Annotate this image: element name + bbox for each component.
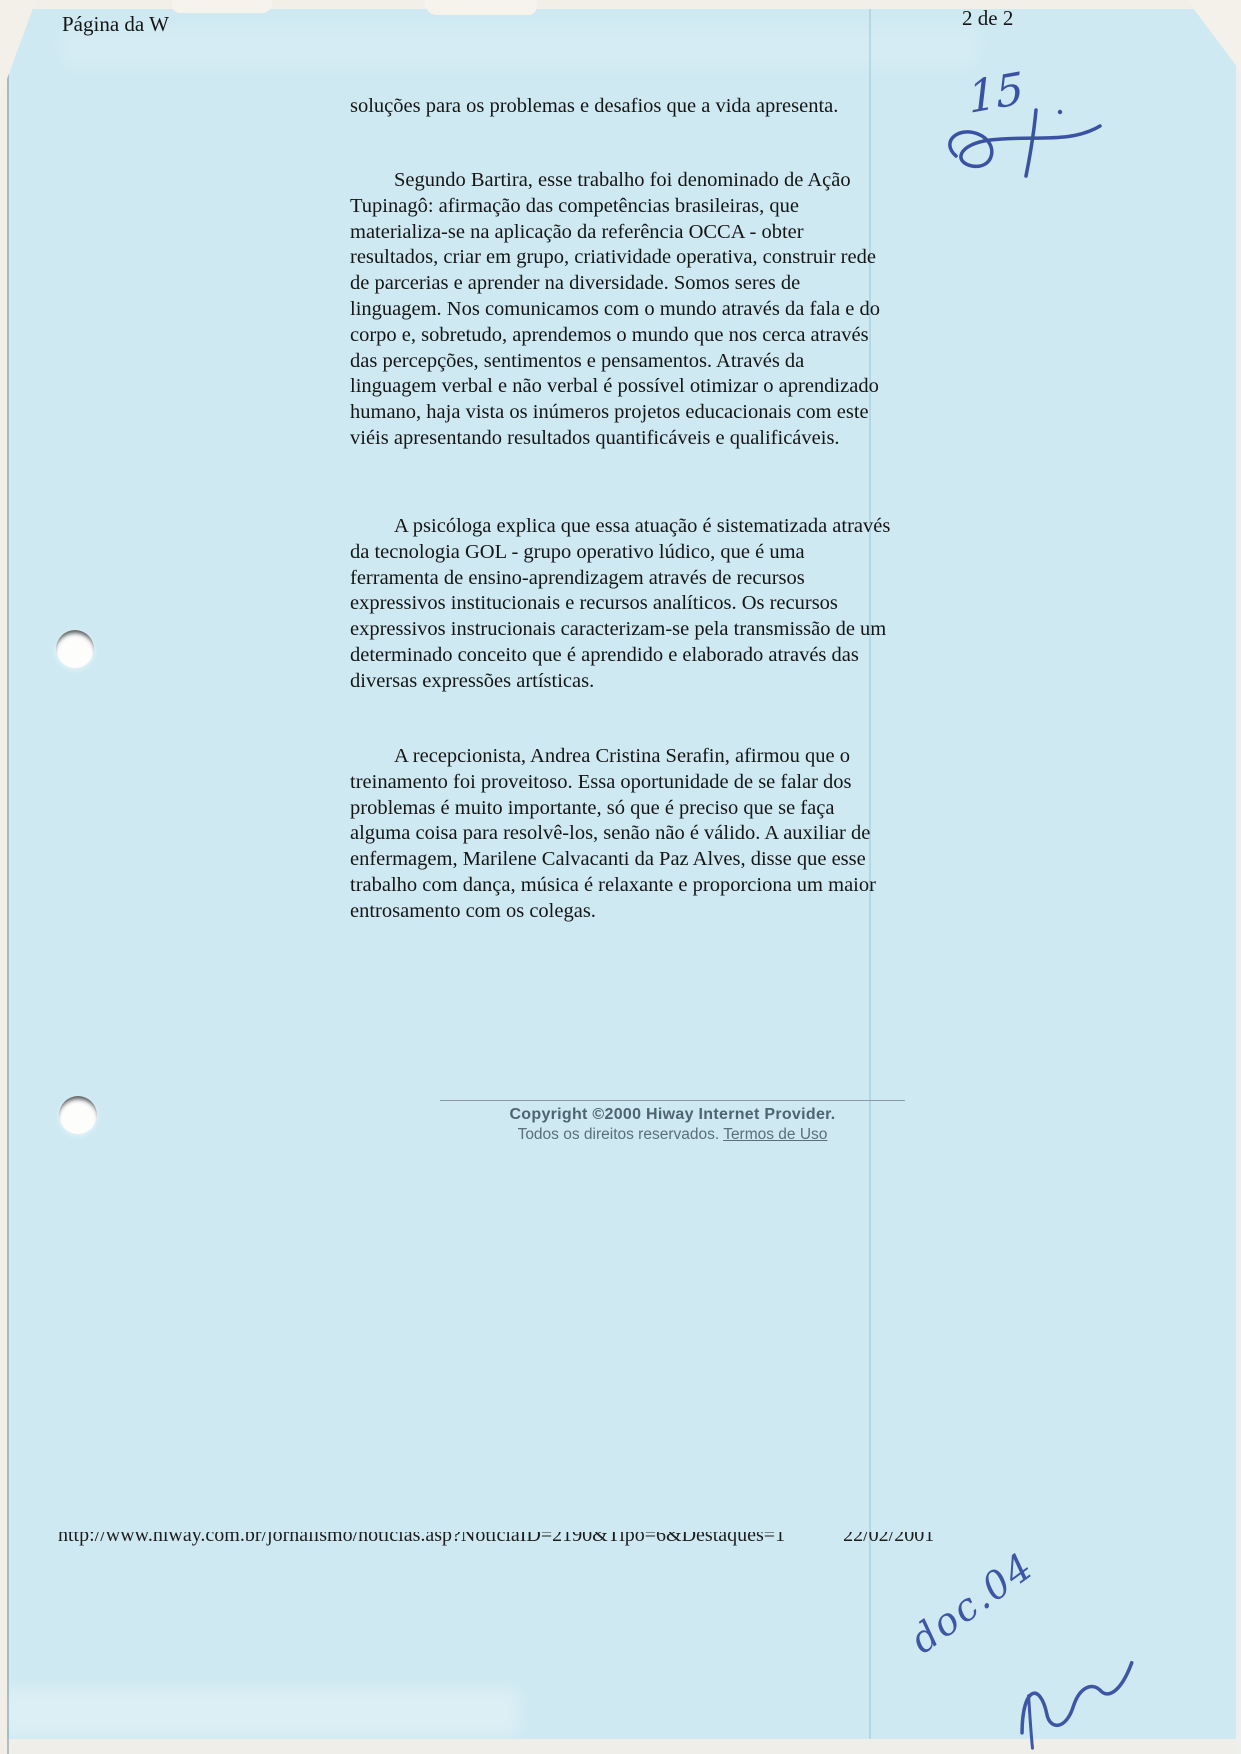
punched-hole [56, 630, 94, 668]
copyright-footer: Copyright ©2000 Hiway Internet Provider.… [440, 1100, 905, 1144]
paper-light-patch [60, 26, 980, 68]
copyright-text: Copyright ©2000 Hiway Internet Provider. [440, 1106, 905, 1124]
handwritten-initials-icon [990, 1623, 1161, 1754]
rights-text: Todos os direitos reservados. Termos de … [440, 1126, 905, 1144]
scan-edge-right [1236, 0, 1241, 1754]
article-paragraph: A recepcionista, Andrea Cristina Serafin… [350, 744, 1010, 925]
torn-paper-bit [172, 0, 272, 13]
scan-corner-top-right [1187, 0, 1241, 72]
page-number: 2 de 2 [962, 6, 1013, 31]
punched-hole [59, 1096, 97, 1134]
rights-label: Todos os direitos reservados. [518, 1126, 724, 1143]
handwritten-doc-label: doc.04 [902, 1544, 1042, 1662]
article-paragraph: soluções para os problemas e desafios qu… [350, 94, 1010, 120]
scan-edge-shadow [7, 0, 9, 1754]
footer-divider [440, 1100, 905, 1101]
scan-edge-left [0, 0, 7, 1754]
terms-of-use-link[interactable]: Termos de Uso [723, 1126, 827, 1143]
page-title: Página da W [62, 12, 169, 37]
source-url: http://www.hiway.com.br/jornalismo/notic… [58, 1532, 785, 1546]
printed-url-line: http://www.hiway.com.br/jornalismo/notic… [58, 1532, 1098, 1555]
torn-paper-bit [425, 0, 537, 15]
article-paragraph: Segundo Bartira, esse trabalho foi denom… [350, 168, 1010, 452]
scanned-document-page: Página da W 2 de 2 15 soluções para os p… [0, 0, 1241, 1754]
print-date: 22/02/2001 [843, 1532, 934, 1546]
scan-corner-top-left [0, 0, 36, 98]
paper-light-patch [0, 1688, 520, 1736]
article-paragraph: A psicóloga explica que essa atuação é s… [350, 514, 1010, 695]
